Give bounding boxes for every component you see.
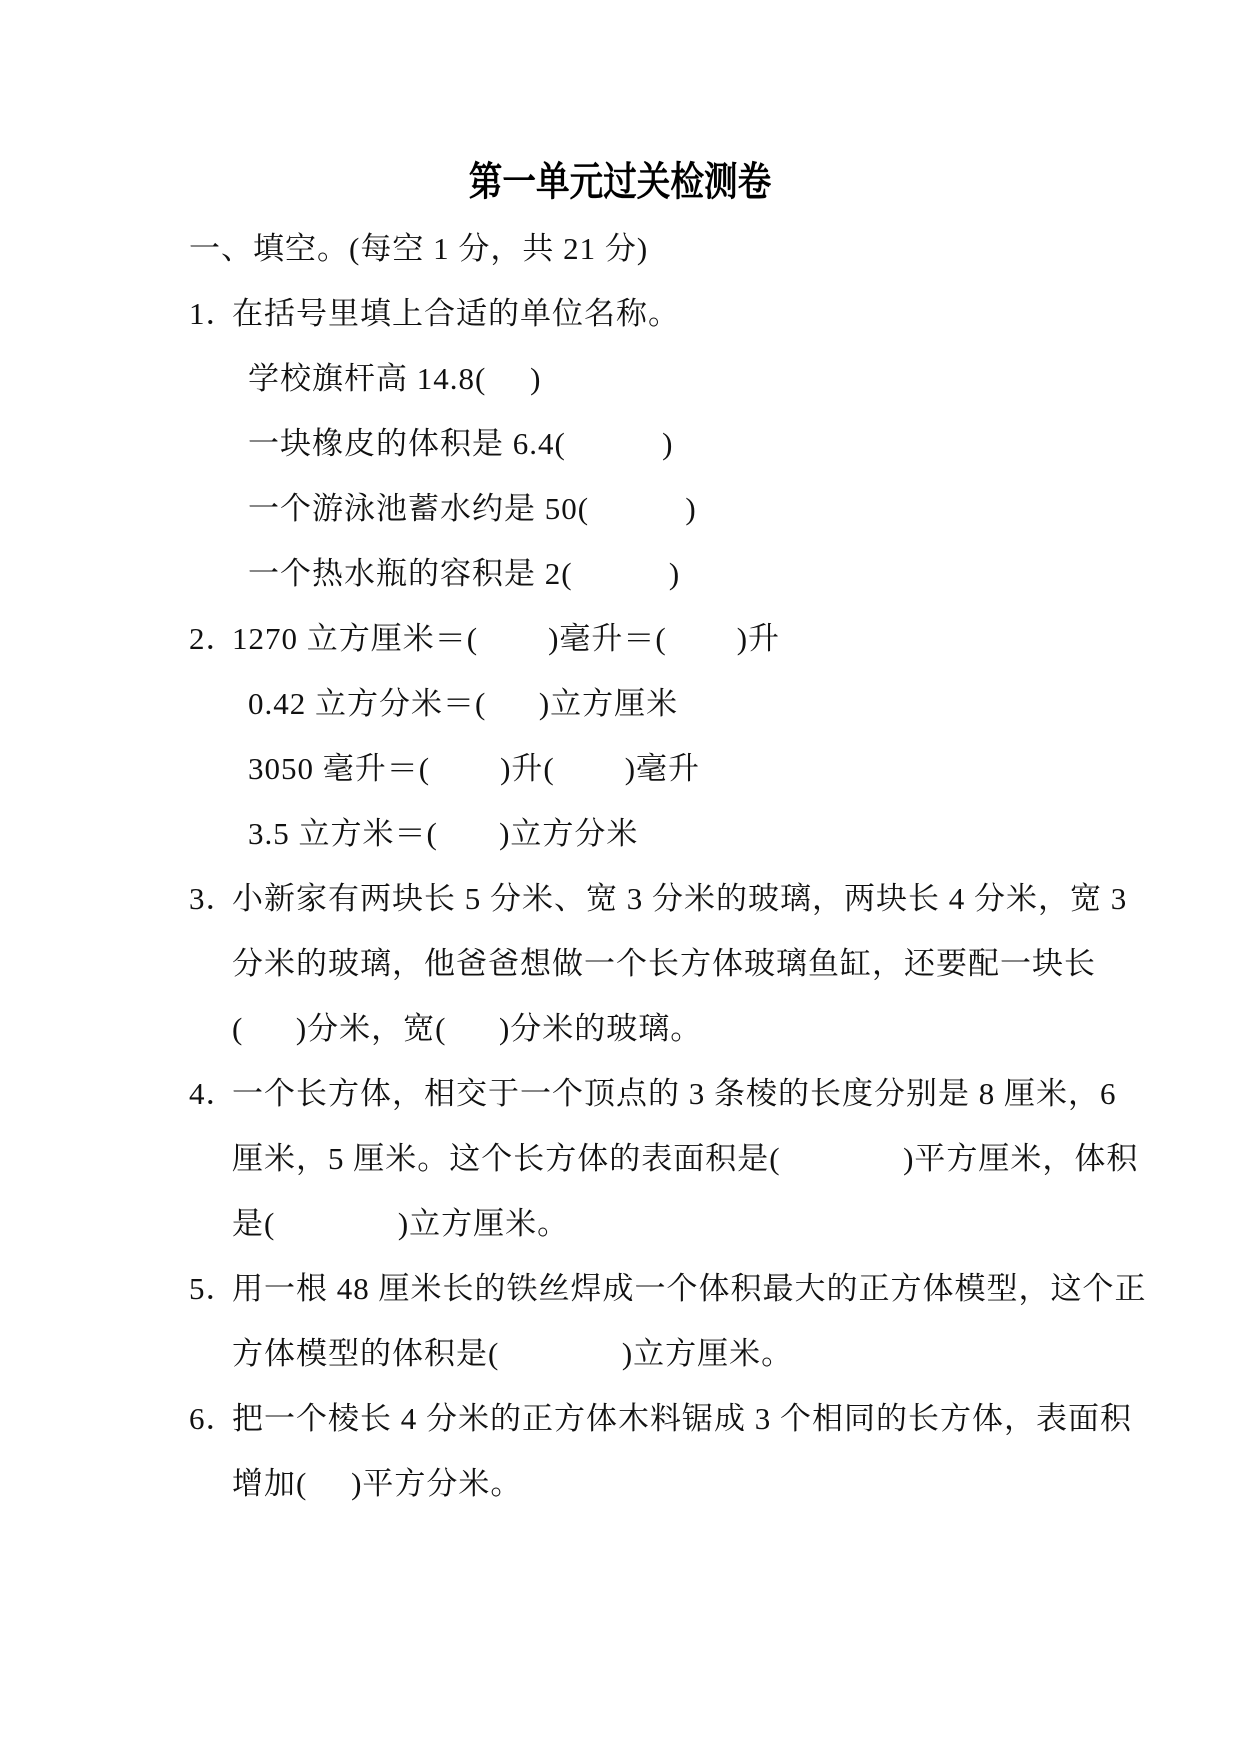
question-2: 2．1270 立方厘米＝( )毫升＝( )升 [0, 606, 1240, 671]
q1-item-pool-capacity: 一个游泳池蓄水约是 50( ) [0, 476, 1240, 541]
question-3: 3．小新家有两块长 5 分米、宽 3 分米的玻璃，两块长 4 分米，宽 3 [0, 866, 1240, 931]
q1-item-eraser-volume: 一块橡皮的体积是 6.4( ) [0, 411, 1240, 476]
question-6-number: 6． [189, 1386, 232, 1451]
question-3-line-1: 小新家有两块长 5 分米、宽 3 分米的玻璃，两块长 4 分米，宽 3 [232, 881, 1127, 916]
q1-item-flagpole-height: 学校旗杆高 14.8( ) [0, 346, 1240, 411]
question-1: 1．在括号里填上合适的单位名称。 [0, 281, 1240, 346]
question-2-number: 2． [189, 606, 232, 671]
question-4-line-1: 一个长方体，相交于一个顶点的 3 条棱的长度分别是 8 厘米，6 [232, 1076, 1117, 1111]
question-1-number: 1． [189, 281, 232, 346]
question-6-line-2: 增加( )平方分米。 [0, 1451, 1240, 1516]
section-heading: 一、填空。(每空 1 分，共 21 分) [0, 216, 1240, 281]
question-4-number: 4． [189, 1061, 232, 1126]
question-1-text: 在括号里填上合适的单位名称。 [232, 296, 680, 331]
question-3-number: 3． [189, 866, 232, 931]
worksheet-body: 一、填空。(每空 1 分，共 21 分) 1．在括号里填上合适的单位名称。 学校… [0, 216, 1240, 1516]
q2-conversion-4: 3.5 立方米＝( )立方分米 [0, 801, 1240, 866]
page-title: 第一单元过关检测卷 [99, 158, 1141, 206]
question-5-number: 5． [189, 1256, 232, 1321]
question-5: 5．用一根 48 厘米长的铁丝焊成一个体积最大的正方体模型，这个正 [0, 1256, 1240, 1321]
q2-conversion-2: 0.42 立方分米＝( )立方厘米 [0, 671, 1240, 736]
question-4-line-3: 是( )立方厘米。 [0, 1191, 1240, 1256]
question-4: 4．一个长方体，相交于一个顶点的 3 条棱的长度分别是 8 厘米，6 [0, 1061, 1240, 1126]
question-3-line-2: 分米的玻璃，他爸爸想做一个长方体玻璃鱼缸，还要配一块长 [0, 931, 1240, 996]
question-5-line-2: 方体模型的体积是( )立方厘米。 [0, 1321, 1240, 1386]
question-5-line-1: 用一根 48 厘米长的铁丝焊成一个体积最大的正方体模型，这个正 [232, 1271, 1147, 1306]
question-6: 6．把一个棱长 4 分米的正方体木料锯成 3 个相同的长方体，表面积 [0, 1386, 1240, 1451]
q2-conversion-3: 3050 毫升＝( )升( )毫升 [0, 736, 1240, 801]
worksheet-page: 第一单元过关检测卷 一、填空。(每空 1 分，共 21 分) 1．在括号里填上合… [0, 0, 1240, 1754]
question-2-line-1: 1270 立方厘米＝( )毫升＝( )升 [232, 621, 780, 656]
question-3-line-3: ( )分米，宽( )分米的玻璃。 [0, 996, 1240, 1061]
question-4-line-2: 厘米，5 厘米。这个长方体的表面积是( )平方厘米，体积 [0, 1126, 1240, 1191]
q1-item-thermos-capacity: 一个热水瓶的容积是 2( ) [0, 541, 1240, 606]
question-6-line-1: 把一个棱长 4 分米的正方体木料锯成 3 个相同的长方体，表面积 [232, 1401, 1132, 1436]
